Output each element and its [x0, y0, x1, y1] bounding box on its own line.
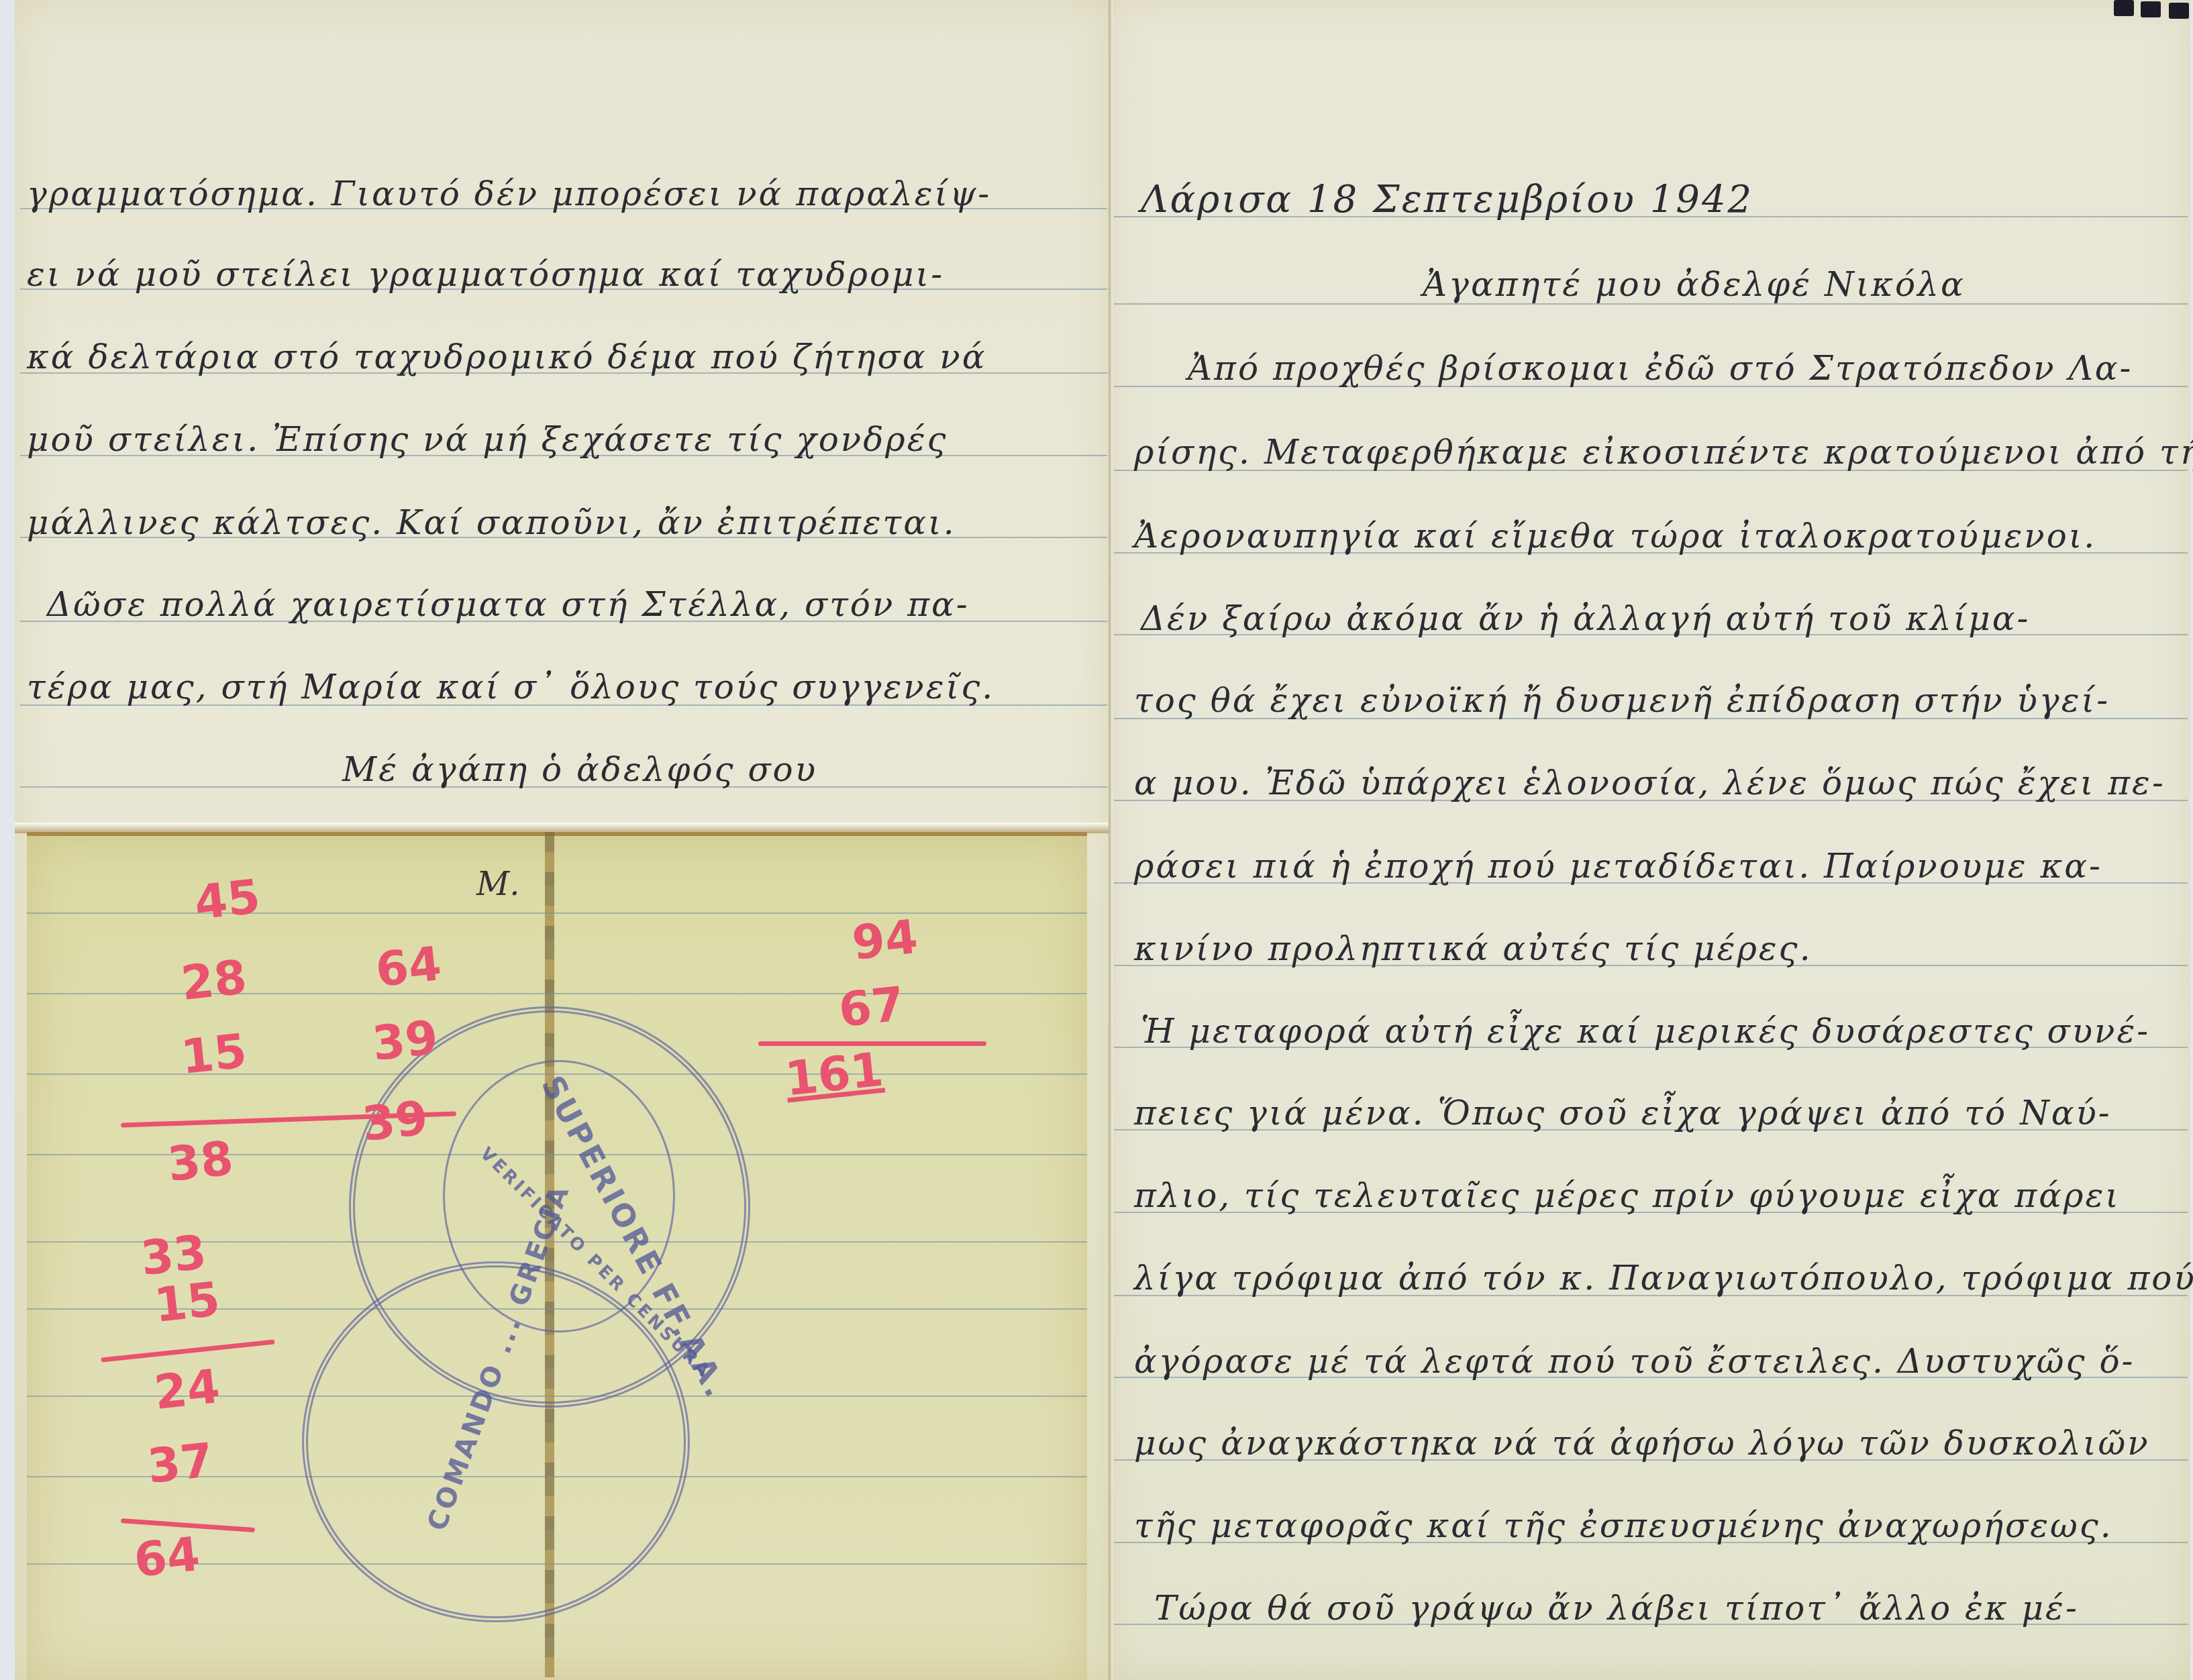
red-number: 37	[145, 1432, 215, 1494]
letter-line: μως ἀναγκάστηκα νά τά ἀφήσω λόγω τῶν δυσ…	[1134, 1424, 2150, 1463]
letter-line: τῆς μεταφορᾶς καί τῆς ἐσπευσμένης ἀναχωρ…	[1134, 1506, 2113, 1545]
binder-clip-mark	[2114, 0, 2134, 16]
horizontal-fold-tear	[15, 823, 1109, 833]
letter-line: τέρα μας, στή Μαρία καί σ᾽ ὅλους τούς συ…	[27, 668, 994, 706]
vertical-center-fold	[1109, 0, 1113, 1680]
dateline: Λάρισα 18 Σεπτεμβρίου 1942	[1141, 178, 1753, 221]
letter-closing: Μέ ἀγάπη ὁ ἀδελφός σου	[342, 750, 817, 789]
letter-line: κινίνο προληπτικά αὐτές τίς μέρες.	[1134, 929, 1813, 968]
letter-line: πειες γιά μένα. Ὅπως σοῦ εἶχα γράψει ἀπό…	[1134, 1094, 2112, 1133]
letter-line: ρίσης. Μεταφερθήκαμε εἰκοσιπέντε κρατούμ…	[1134, 433, 2193, 472]
letter-line: λίγα τρόφιμα ἀπό τόν κ. Παναγιωτόπουλο, …	[1134, 1259, 2193, 1298]
red-number: 15	[178, 1023, 249, 1085]
letter-line: ἀγόρασε μέ τά λεφτά πού τοῦ ἔστειλες. Δυ…	[1134, 1342, 2135, 1381]
red-number: 64	[132, 1526, 202, 1588]
binder-clip-mark	[2141, 1, 2161, 17]
pencil-initial-mark: Μ.	[476, 865, 519, 903]
red-number: 24	[152, 1359, 222, 1420]
red-number: 28	[178, 949, 249, 1011]
letter-line: γραμματόσημα. Γιαυτό δέν μπορέσει νά παρ…	[27, 174, 991, 213]
red-number: 39	[360, 1090, 430, 1152]
letter-line: Δῶσε πολλά χαιρετίσματα στή Στέλλα, στόν…	[47, 585, 970, 624]
red-number: 15	[152, 1271, 222, 1333]
letter-line: Τώρα θά σοῦ γράψω ἄν λάβει τίποτ᾽ ἄλλο ἐ…	[1154, 1589, 2079, 1628]
red-number: 161	[782, 1042, 886, 1107]
letter-line: α μου. Ἐδῶ ὑπάρχει ἑλονοσία, λένε ὅμως π…	[1134, 764, 2165, 802]
letter-line: κά δελτάρια στό ταχυδρομικό δέμα πού ζήτ…	[27, 337, 987, 376]
letter-line: Ἀεροναυπηγία καί εἴμεθα τώρα ἰταλοκρατού…	[1134, 517, 2096, 556]
red-number: 38	[165, 1131, 236, 1192]
letter-line: ει νά μοῦ στείλει γραμματόσημα καί ταχυδ…	[27, 255, 944, 294]
letter-line: ράσει πιά ἡ ἐποχή πού μεταδίδεται. Παίρν…	[1134, 847, 2102, 886]
letter-line: Ἀπό προχθές βρίσκομαι ἐδῶ στό Στρατόπεδο…	[1188, 349, 2133, 388]
letter-line: πλιο, τίς τελευταῖες μέρες πρίν φύγουμε …	[1134, 1176, 2121, 1215]
letter-line: Δέν ξαίρω ἀκόμα ἄν ἡ ἀλλαγή αὐτή τοῦ κλί…	[1141, 599, 2031, 638]
red-number: 45	[192, 869, 262, 931]
red-number: 64	[373, 936, 444, 998]
red-number: 39	[370, 1010, 440, 1071]
red-number: 94	[850, 909, 920, 971]
letter-line: Ἡ μεταφορά αὐτή εἶχε καί μερικές δυσάρεσ…	[1141, 1012, 2150, 1051]
letter-line: τος θά ἔχει εὐνοϊκή ἤ δυσμενῆ ἐπίδραση σ…	[1134, 681, 2110, 720]
letter-line: μοῦ στείλει. Ἐπίσης νά μή ξεχάσετε τίς χ…	[27, 420, 948, 459]
red-number: 67	[836, 976, 907, 1038]
censor-stamp-lower	[302, 1261, 690, 1622]
salutation: Ἀγαπητέ μου ἀδελφέ Νικόλα	[1423, 265, 1966, 304]
letter-line: μάλλινες κάλτσες. Καί σαποῦνι, ἄν ἐπιτρέ…	[27, 503, 956, 542]
binder-clip-mark	[2169, 3, 2189, 19]
